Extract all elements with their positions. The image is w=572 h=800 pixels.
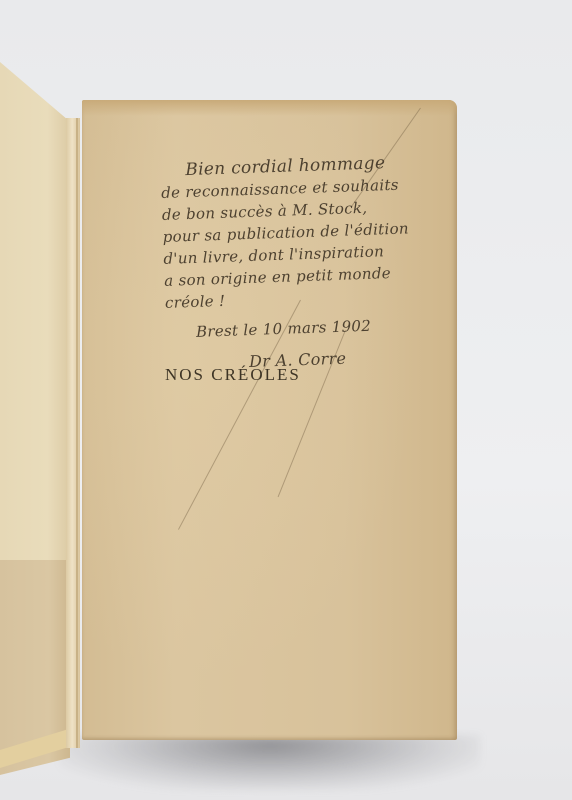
- book-shadow: [60, 735, 480, 790]
- handwritten-inscription: Bien cordial hommage de reconnaissance e…: [160, 150, 447, 376]
- gutter-fold-line: [76, 118, 78, 748]
- left-flyleaf: [0, 62, 68, 582]
- book-photo: Bien cordial hommage de reconnaissance e…: [0, 0, 572, 800]
- inscription-date: Brest le 10 mars 1902: [166, 312, 447, 344]
- printed-title: NOS CRÉOLES: [165, 365, 301, 385]
- page-top-edge: [82, 100, 457, 116]
